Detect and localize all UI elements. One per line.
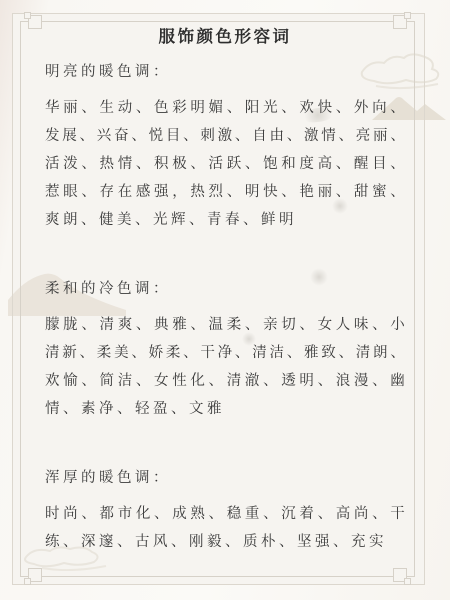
text-line: 朦胧、清爽、典雅、温柔、亲切、女人味、小 bbox=[45, 311, 405, 339]
section: 浑厚的暖色调：时尚、都市化、成熟、稳重、沉着、高尚、干练、深邃、古风、刚毅、质朴… bbox=[45, 464, 405, 556]
section: 明亮的暖色调：华丽、生动、色彩明媚、阳光、欢快、外向、发展、兴奋、悦目、刺激、自… bbox=[45, 58, 405, 234]
word-list: 华丽、生动、色彩明媚、阳光、欢快、外向、发展、兴奋、悦目、刺激、自由、激情、亮丽… bbox=[45, 94, 405, 234]
text-line: 华丽、生动、色彩明媚、阳光、欢快、外向、 bbox=[45, 94, 405, 122]
text-line: 情、素净、轻盈、文雅 bbox=[45, 395, 405, 423]
text-line: 清新、柔美、娇柔、干净、清洁、雅致、清朗、 bbox=[45, 339, 405, 367]
section-heading: 柔和的冷色调： bbox=[45, 275, 405, 303]
section-heading: 浑厚的暖色调： bbox=[45, 464, 405, 492]
section: 柔和的冷色调：朦胧、清爽、典雅、温柔、亲切、女人味、小清新、柔美、娇柔、干净、清… bbox=[45, 275, 405, 423]
page-title: 服饰颜色形容词 bbox=[45, 23, 405, 51]
document-content: 服饰颜色形容词 明亮的暖色调：华丽、生动、色彩明媚、阳光、欢快、外向、发展、兴奋… bbox=[45, 23, 405, 556]
text-line: 时尚、都市化、成熟、稳重、沉着、高尚、干 bbox=[45, 500, 405, 528]
word-list: 朦胧、清爽、典雅、温柔、亲切、女人味、小清新、柔美、娇柔、干净、清洁、雅致、清朗… bbox=[45, 311, 405, 423]
text-line: 发展、兴奋、悦目、刺激、自由、激情、亮丽、 bbox=[45, 122, 405, 150]
text-line: 惹眼、存在感强，热烈、明快、艳丽、甜蜜、 bbox=[45, 178, 405, 206]
text-line: 练、深邃、古风、刚毅、质朴、坚强、充实 bbox=[45, 528, 405, 556]
page: 服饰颜色形容词 明亮的暖色调：华丽、生动、色彩明媚、阳光、欢快、外向、发展、兴奋… bbox=[0, 0, 450, 600]
text-line: 爽朗、健美、光辉、青春、鲜明 bbox=[45, 206, 405, 234]
section-heading: 明亮的暖色调： bbox=[45, 58, 405, 86]
sections: 明亮的暖色调：华丽、生动、色彩明媚、阳光、欢快、外向、发展、兴奋、悦目、刺激、自… bbox=[45, 58, 405, 556]
word-list: 时尚、都市化、成熟、稳重、沉着、高尚、干练、深邃、古风、刚毅、质朴、坚强、充实 bbox=[45, 500, 405, 556]
text-line: 欢愉、简洁、女性化、清澈、透明、浪漫、幽 bbox=[45, 367, 405, 395]
text-line: 活泼、热情、积极、活跃、饱和度高、醒目、 bbox=[45, 150, 405, 178]
